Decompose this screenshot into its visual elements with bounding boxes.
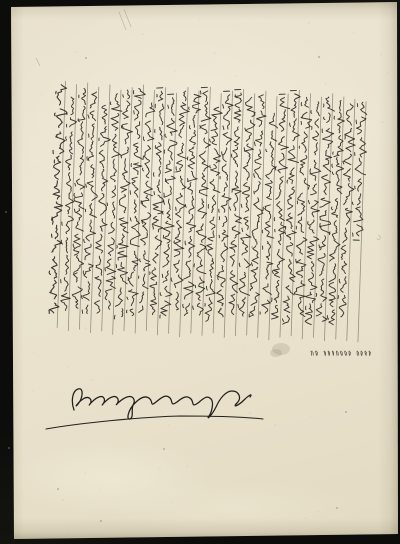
stamp-glyph (365, 351, 367, 356)
grain-speck (159, 468, 160, 469)
grain-speck (102, 181, 103, 182)
grain-speck (67, 367, 68, 368)
paper-speck (318, 56, 320, 58)
scratch-mark (124, 9, 131, 27)
grain-speck (353, 32, 354, 33)
grain-speck (305, 517, 307, 519)
grain-speck (387, 72, 388, 73)
handwriting-line (293, 97, 313, 316)
grain-speck (187, 465, 188, 466)
grain-speck (62, 499, 64, 501)
stamp-glyph (340, 351, 342, 356)
grain-speck (100, 489, 101, 490)
stamp-glyph (336, 351, 338, 356)
grain-speck (90, 72, 91, 73)
grain-speck (211, 187, 212, 188)
ruled-line (324, 93, 333, 341)
grain-speck (268, 289, 269, 290)
grain-speck (37, 167, 38, 168)
grain-speck (275, 202, 276, 203)
grain-speck (85, 473, 87, 475)
grain-speck (367, 221, 368, 222)
grain-speck (255, 208, 256, 209)
ruled-line (268, 96, 277, 340)
grain-speck (320, 241, 322, 243)
ruled-line (235, 89, 244, 336)
grain-speck (293, 338, 294, 339)
stamp-glyph (315, 351, 317, 356)
grain-speck (337, 169, 338, 170)
paper-speck (174, 171, 176, 173)
pencil-mark (377, 235, 380, 240)
grain-speck (308, 22, 310, 24)
grain-speck (311, 416, 312, 417)
scratch-mark (36, 58, 40, 66)
signature (46, 389, 263, 429)
grain-speck (33, 352, 34, 353)
grain-speck (208, 465, 209, 466)
signature-underline (46, 416, 263, 429)
grain-speck (325, 57, 326, 58)
scanner-speck (5, 211, 7, 213)
grain-speck (54, 134, 56, 136)
smudge (270, 349, 282, 357)
grain-speck (381, 54, 382, 55)
grain-speck (53, 451, 54, 452)
grain-speck (269, 247, 270, 248)
ruled-line (246, 93, 255, 335)
paper-speck (163, 448, 165, 450)
grain-speck (78, 164, 80, 166)
paper-grain (20, 13, 393, 532)
grain-speck (24, 293, 25, 294)
grain-speck (66, 530, 67, 531)
paper-speck (57, 488, 59, 490)
grain-speck (142, 33, 144, 35)
stamp-glyph (349, 351, 351, 356)
ruled-line (213, 93, 222, 333)
grain-speck (325, 83, 327, 85)
signature-stroke (72, 389, 251, 419)
stamp-glyph (357, 351, 359, 356)
grain-speck (85, 328, 87, 330)
paper-speck (100, 520, 102, 522)
grain-speck (199, 19, 200, 20)
grain-speck (47, 206, 48, 207)
ruled-line (146, 90, 155, 331)
grain-speck (41, 95, 42, 96)
manuscript-svg (0, 0, 400, 544)
grain-speck (210, 401, 211, 402)
paper-speck (85, 57, 87, 59)
grain-speck (169, 425, 170, 426)
grain-speck (91, 379, 93, 381)
ruled-line (291, 90, 300, 336)
grain-speck (20, 349, 21, 350)
paper-speck (345, 411, 347, 413)
grain-speck (214, 52, 216, 54)
grain-speck (174, 70, 176, 72)
grain-speck (235, 199, 236, 200)
grain-speck (49, 22, 50, 23)
stamp-glyph (344, 351, 347, 356)
grain-speck (318, 511, 320, 513)
grain-speck (235, 75, 237, 77)
paper-speck (336, 507, 338, 509)
ruled-line (335, 97, 344, 340)
grain-speck (275, 424, 277, 426)
paper-speck (251, 246, 253, 248)
grain-speck (193, 224, 194, 225)
manuscript-text-block (47, 81, 369, 344)
grain-speck (338, 173, 339, 174)
stamp-glyph (311, 351, 314, 356)
grain-speck (172, 501, 173, 502)
stamp-glyph (361, 351, 363, 356)
stamp-glyph (328, 351, 330, 356)
ruled-line (358, 101, 367, 342)
stamp-glyph (324, 351, 326, 356)
grain-speck (275, 26, 276, 27)
grain-speck (249, 413, 251, 415)
grain-speck (355, 268, 356, 269)
grain-speck (76, 51, 78, 53)
scanner-speck (8, 447, 10, 449)
grain-speck (381, 121, 383, 123)
stamp-glyph (332, 351, 334, 356)
ruled-line (302, 93, 311, 339)
grain-speck (243, 346, 244, 347)
scanned-page (0, 0, 400, 544)
scratch-mark (119, 12, 126, 30)
date-stamp (311, 351, 371, 356)
grain-speck (210, 13, 211, 14)
grain-speck (191, 169, 192, 170)
ruled-line (224, 91, 233, 338)
grain-speck (361, 151, 362, 152)
grain-speck (392, 351, 393, 352)
grain-speck (137, 213, 139, 215)
grain-speck (33, 390, 34, 391)
stamp-glyph (369, 351, 371, 356)
ruled-line (257, 91, 266, 338)
ruled-line (346, 99, 355, 341)
ruled-line (191, 91, 200, 334)
